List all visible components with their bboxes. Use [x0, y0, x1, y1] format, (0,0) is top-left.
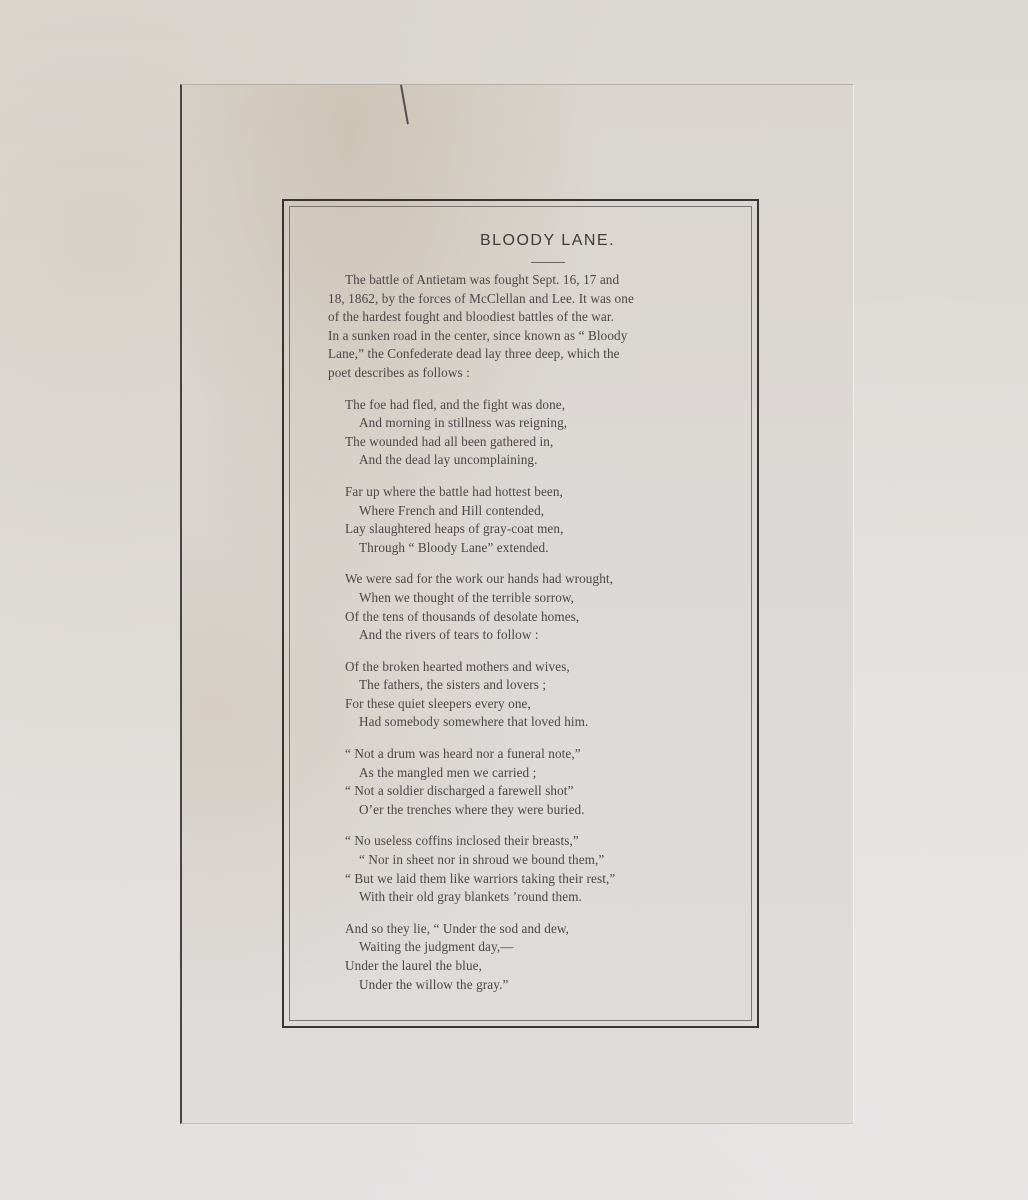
verse-line: And the dead lay uncomplaining.: [345, 451, 730, 470]
verse-line: For these quiet sleepers every one,: [345, 695, 730, 714]
verse-line: And morning in stillness was reigning,: [345, 414, 730, 433]
verse-line: Waiting the judgment day,—: [345, 938, 730, 957]
paper-tear-mark: [400, 85, 409, 125]
verse-line: Under the laurel the blue,: [345, 957, 730, 976]
verse-line: When we thought of the terrible sorrow,: [345, 589, 730, 608]
verse-line: Lay slaughtered heaps of gray-coat men,: [345, 520, 730, 539]
verse-line: “ No useless coffins inclosed their brea…: [345, 832, 730, 851]
title-divider-rule: [531, 262, 565, 263]
verse-line: And the rivers of tears to follow :: [345, 626, 730, 645]
verse-line: “ Not a drum was heard nor a funeral not…: [345, 745, 730, 764]
verse-line: Of the broken hearted mothers and wives,: [345, 658, 730, 677]
verse-line: Of the tens of thousands of desolate hom…: [345, 608, 730, 627]
poem-stanza-2: Far up where the battle had hottest been…: [345, 483, 730, 557]
verse-line: “ Nor in sheet nor in shroud we bound th…: [345, 851, 730, 870]
verse-line: The foe had fled, and the fight was done…: [345, 396, 730, 415]
verse-line: Through “ Bloody Lane” extended.: [345, 539, 730, 558]
intro-line: poet describes as follows :: [328, 364, 730, 383]
verse-line: We were sad for the work our hands had w…: [345, 570, 730, 589]
poem-stanza-7: And so they lie, “ Under the sod and dew…: [345, 920, 730, 994]
verse-line: O’er the trenches where they were buried…: [345, 801, 730, 820]
intro-line: In a sunken road in the center, since kn…: [328, 327, 730, 346]
poem-page-content: BLOODY LANE. The battle of Antietam was …: [345, 228, 730, 994]
intro-line: The battle of Antietam was fought Sept. …: [345, 271, 730, 290]
intro-line: of the hardest fought and bloodiest batt…: [328, 308, 730, 327]
verse-line: As the mangled men we carried ;: [345, 764, 730, 783]
verse-line: Where French and Hill contended,: [345, 502, 730, 521]
intro-paragraph: The battle of Antietam was fought Sept. …: [345, 271, 730, 383]
verse-line: The fathers, the sisters and lovers ;: [345, 676, 730, 695]
verse-line: Had somebody somewhere that loved him.: [345, 713, 730, 732]
poem-stanza-4: Of the broken hearted mothers and wives,…: [345, 658, 730, 732]
verse-line: With their old gray blankets ’round them…: [345, 888, 730, 907]
document-title: BLOODY LANE.: [345, 232, 730, 254]
verse-line: Under the willow the gray.”: [345, 976, 730, 995]
verse-line: Far up where the battle had hottest been…: [345, 483, 730, 502]
poem-stanza-3: We were sad for the work our hands had w…: [345, 570, 730, 644]
verse-line: And so they lie, “ Under the sod and dew…: [345, 920, 730, 939]
poem-stanza-6: “ No useless coffins inclosed their brea…: [345, 832, 730, 906]
intro-line: 18, 1862, by the forces of McClellan and…: [328, 290, 730, 309]
intro-line: Lane,” the Confederate dead lay three de…: [328, 345, 730, 364]
verse-line: The wounded had all been gathered in,: [345, 433, 730, 452]
poem-stanza-5: “ Not a drum was heard nor a funeral not…: [345, 745, 730, 819]
verse-line: “ Not a soldier discharged a farewell sh…: [345, 782, 730, 801]
poem-stanza-1: The foe had fled, and the fight was done…: [345, 396, 730, 470]
verse-line: “ But we laid them like warriors taking …: [345, 870, 730, 889]
